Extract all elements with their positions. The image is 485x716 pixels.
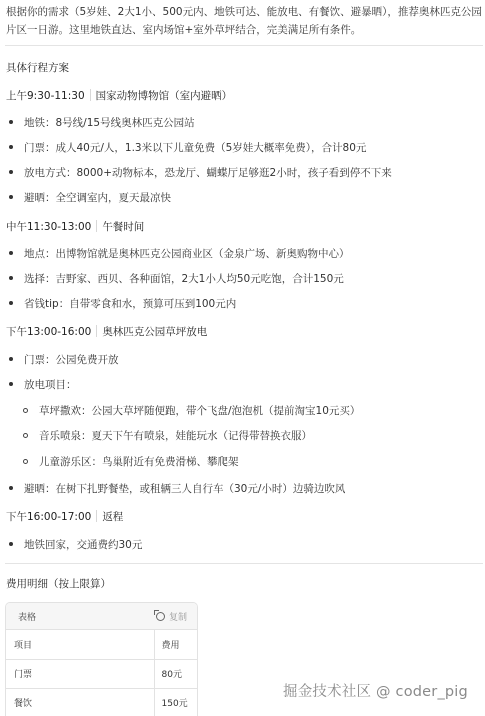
table-label: 表格	[18, 610, 36, 623]
list-item: 放电项目：	[6, 377, 77, 392]
watermark: 掘金技术社区 @ coder_pig	[283, 680, 468, 701]
section-title: 午餐时间	[102, 221, 144, 233]
circle-bullet-icon	[23, 433, 28, 438]
circle-bullet-icon	[23, 459, 28, 464]
table-cell: 门票	[6, 659, 154, 688]
cost-table-grid: 项目 费用 门票 80元 餐饮 150元	[6, 630, 197, 716]
copy-icon	[156, 612, 165, 621]
section-heading: 上午9:30-11:30国家动物博物馆（室内避晒）	[6, 88, 232, 103]
list-item: 门票：公园免费开放	[6, 352, 119, 367]
table-header-bar: 表格 复制	[6, 603, 197, 630]
divider	[5, 45, 483, 46]
section-heading: 中午11:30-13:00午餐时间	[6, 219, 144, 234]
section-title: 奥林匹克公园草坪放电	[102, 326, 207, 338]
table-row: 门票 80元	[6, 659, 197, 688]
sub-list-item: 音乐喷泉：夏天下午有喷泉，娃能玩水（记得带替换衣服）	[22, 428, 312, 443]
list-item: 放电方式：8000+动物标本，恐龙厅、蝴蝶厅足够逛2小时，孩子看到停不下来	[6, 165, 392, 180]
table-cell: 80元	[154, 659, 197, 688]
list-item: 选择：吉野家、西贝、各种面馆，2大1小人均50元吃饱，合计150元	[6, 271, 344, 286]
table-header-row: 项目 费用	[6, 630, 197, 659]
list-item: 避晒：全空调室内，夏天最凉快	[6, 190, 171, 205]
section-time: 中午11:30-13:00	[6, 221, 91, 233]
section-time: 上午9:30-11:30	[6, 90, 85, 102]
bullet-icon	[9, 382, 13, 386]
bullet-icon	[9, 251, 13, 255]
copy-label: 复制	[169, 610, 187, 623]
divider	[5, 563, 483, 564]
cost-title: 费用明细（按上限算）	[6, 576, 111, 591]
copy-button[interactable]: 复制	[156, 610, 187, 623]
separator	[96, 325, 97, 337]
bullet-icon	[9, 301, 13, 305]
bullet-icon	[9, 486, 13, 490]
table-cell: 150元	[154, 688, 197, 716]
separator	[96, 510, 97, 522]
bullet-icon	[9, 357, 13, 361]
bullet-icon	[9, 542, 13, 546]
section-heading: 下午13:00-16:00奥林匹克公园草坪放电	[6, 324, 207, 339]
section-time: 下午16:00-17:00	[6, 511, 91, 523]
table-row: 餐饮 150元	[6, 688, 197, 716]
list-item: 避晒：在树下扎野餐垫，或租辆三人自行车（30元/小时）边骑边吹风	[6, 481, 345, 496]
intro-paragraph: 根据你的需求（5岁娃、2大1小、500元内、地铁可达、能放电、有餐饮、避暴晒），…	[6, 3, 482, 39]
list-item: 门票：成人40元/人，1.3米以下儿童免费（5岁娃大概率免费），合计80元	[6, 140, 366, 155]
plan-title: 具体行程方案	[6, 60, 69, 75]
section-time: 下午13:00-16:00	[6, 326, 91, 338]
column-header: 费用	[154, 630, 197, 659]
section-title: 国家动物博物馆（室内避晒）	[96, 90, 233, 102]
cost-table: 表格 复制 项目 费用 门票 80元 餐饮 150元	[5, 602, 198, 716]
section-title: 返程	[102, 511, 123, 523]
separator	[96, 220, 97, 232]
list-item: 地点：出博物馆就是奥林匹克公园商业区（金泉广场、新奥购物中心）	[6, 246, 350, 261]
circle-bullet-icon	[23, 408, 28, 413]
bullet-icon	[9, 195, 13, 199]
list-item: 地铁：8号线/15号线奥林匹克公园站	[6, 115, 195, 130]
list-item: 省钱tip：自带零食和水，预算可压到100元内	[6, 296, 236, 311]
bullet-icon	[9, 145, 13, 149]
table-cell: 餐饮	[6, 688, 154, 716]
bullet-icon	[9, 120, 13, 124]
separator	[90, 89, 91, 101]
column-header: 项目	[6, 630, 154, 659]
sub-list-item: 儿童游乐区：鸟巢附近有免费滑梯、攀爬架	[22, 454, 239, 469]
list-item: 地铁回家，交通费约30元	[6, 537, 142, 552]
sub-list-item: 草坪撒欢：公园大草坪随便跑，带个飞盘/泡泡机（提前淘宝10元买）	[22, 403, 360, 418]
bullet-icon	[9, 276, 13, 280]
bullet-icon	[9, 170, 13, 174]
section-heading: 下午16:00-17:00返程	[6, 509, 123, 524]
